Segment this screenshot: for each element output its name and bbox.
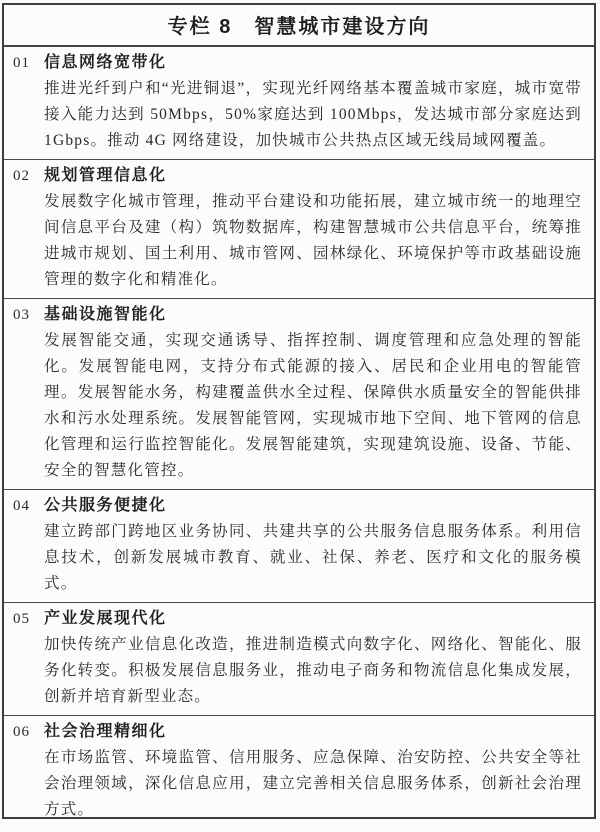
section-number: 06	[13, 720, 44, 745]
section-heading: 社会治理精细化	[44, 719, 167, 744]
section-heading: 产业发展现代化	[44, 606, 167, 631]
section-heading: 公共服务便捷化	[44, 493, 167, 518]
section-06: 06 社会治理精细化 在市场监管、环境监管、信用服务、应急保障、治安防控、公共安…	[4, 716, 594, 828]
section-header: 03 基础设施智能化	[13, 302, 582, 328]
section-body: 建立跨部门跨地区业务协同、共建共享的公共服务信息服务体系。利用信息技术，创新发展…	[44, 519, 582, 597]
section-number: 02	[13, 164, 44, 189]
document-page: 专栏 8 智慧城市建设方向 01 信息网络宽带化 推进光纤到户和“光进铜退”，实…	[0, 0, 600, 832]
section-body: 在市场监管、环境监管、信用服务、应急保障、治安防控、公共安全等社会治理领域，深化…	[44, 745, 582, 823]
section-header: 01 信息网络宽带化	[13, 50, 582, 76]
column-box: 专栏 8 智慧城市建设方向 01 信息网络宽带化 推进光纤到户和“光进铜退”，实…	[2, 3, 596, 819]
section-heading: 基础设施智能化	[44, 302, 167, 327]
column-title: 专栏 8 智慧城市建设方向	[4, 5, 594, 47]
section-header: 05 产业发展现代化	[13, 606, 582, 632]
section-header: 06 社会治理精细化	[13, 719, 582, 745]
section-body: 发展数字化城市管理，推动平台建设和功能拓展，建立城市统一的地理空间信息平台及建（…	[44, 189, 582, 293]
section-number: 05	[13, 607, 44, 632]
section-02: 02 规划管理信息化 发展数字化城市管理，推动平台建设和功能拓展，建立城市统一的…	[4, 160, 594, 299]
section-number: 04	[13, 494, 44, 519]
section-number: 01	[13, 51, 44, 76]
section-header: 04 公共服务便捷化	[13, 493, 582, 519]
section-body: 推进光纤到户和“光进铜退”，实现光纤网络基本覆盖城市家庭，城市宽带接入能力达到 …	[44, 76, 582, 154]
section-body: 加快传统产业信息化改造，推进制造模式向数字化、网络化、智能化、服务化转变。积极发…	[44, 632, 582, 710]
section-heading: 信息网络宽带化	[44, 50, 167, 75]
section-body: 发展智能交通，实现交通诱导、指挥控制、调度管理和应急处理的智能化。发展智能电网，…	[44, 328, 582, 484]
section-heading: 规划管理信息化	[44, 163, 167, 188]
section-03: 03 基础设施智能化 发展智能交通，实现交通诱导、指挥控制、调度管理和应急处理的…	[4, 299, 594, 490]
section-05: 05 产业发展现代化 加快传统产业信息化改造，推进制造模式向数字化、网络化、智能…	[4, 603, 594, 716]
section-04: 04 公共服务便捷化 建立跨部门跨地区业务协同、共建共享的公共服务信息服务体系。…	[4, 490, 594, 603]
section-number: 03	[13, 303, 44, 328]
section-header: 02 规划管理信息化	[13, 163, 582, 189]
section-01: 01 信息网络宽带化 推进光纤到户和“光进铜退”，实现光纤网络基本覆盖城市家庭，…	[4, 47, 594, 160]
